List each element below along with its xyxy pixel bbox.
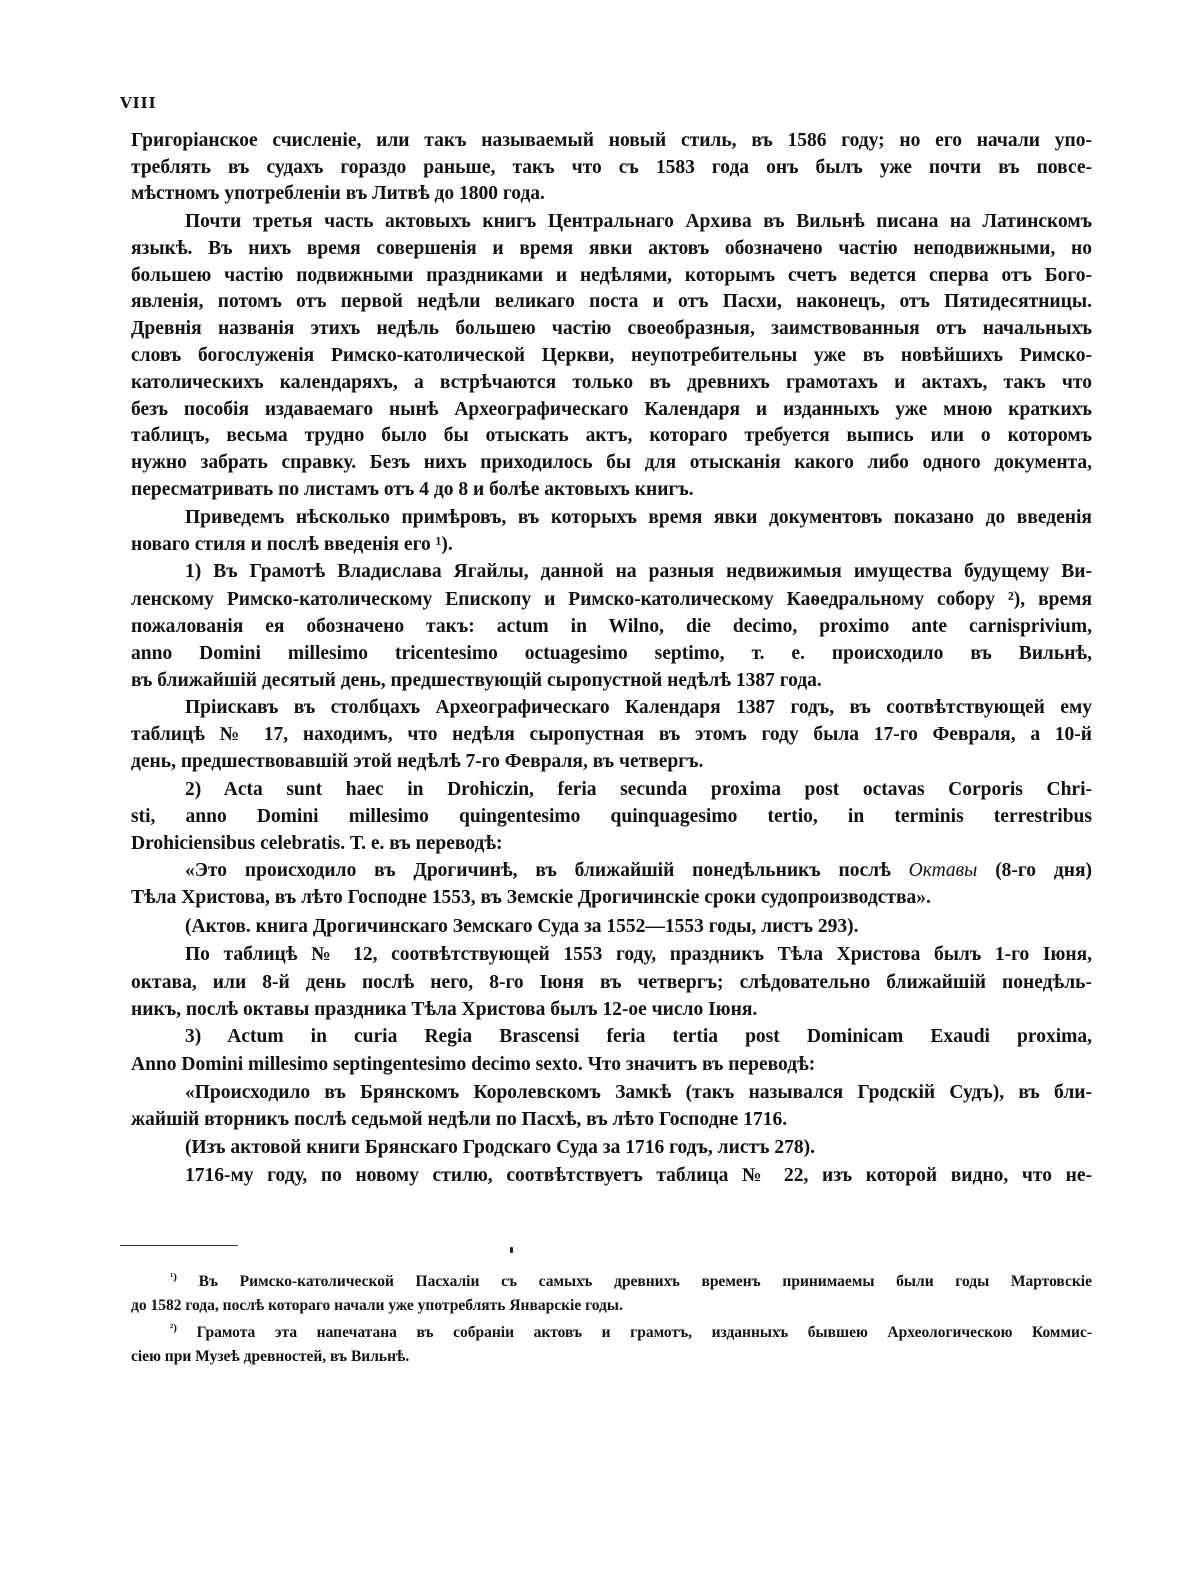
text-line: день, предшествовавшій этой недѣлѣ 7-го …: [131, 749, 1092, 775]
text-line: мѣстномъ употребленіи въ Литвѣ до 1800 г…: [131, 181, 1092, 207]
text-line: таблицѣ № 17, находимъ, что недѣля сыроп…: [131, 722, 1092, 748]
text-line: пересматривать по листамъ отъ 4 до 8 и б…: [131, 477, 1092, 503]
footnote-2: ²) Грамота эта напечатана въ собраніи ак…: [170, 1322, 1092, 1344]
latin-text-line: 2) Acta sunt haec in Drohiczin, feria se…: [185, 777, 1092, 803]
text-line: треблять въ судахъ гораздо раньше, такъ …: [131, 155, 1092, 181]
text-line: таблицъ, весьма трудно было бы отыскать …: [131, 423, 1092, 449]
italic-word: Октавы: [909, 860, 978, 881]
text-line: католическихъ календаряхъ, а встрѣчаются…: [131, 370, 1092, 396]
latin-text-line: 3) Actum in curia Regia Brascensi feria …: [185, 1024, 1092, 1050]
book-page: VIII Григоріанское счисленіе, или такъ н…: [0, 0, 1191, 1588]
ink-speck: [510, 1247, 513, 1253]
text-line: По таблицѣ № 12, соотвѣтствующей 1553 го…: [185, 942, 1092, 968]
latin-text-line: sti, anno Domini millesimo quingentesimo…: [131, 804, 1092, 830]
text-line: безъ пособія издаваемаго нынѣ Археографи…: [131, 397, 1092, 423]
quote-line: жайшій вторникъ послѣ седьмой недѣли по …: [131, 1107, 1092, 1133]
citation-line: (Актов. книга Дрогичинскаго Земскаго Суд…: [185, 914, 1092, 940]
quote-line: «Это происходило въ Дрогичинѣ, въ ближай…: [185, 858, 1092, 884]
text-line: Пріискавъ въ столбцахъ Археографическаго…: [185, 695, 1092, 721]
text-line: 1716-му году, по новому стилю, соотвѣтст…: [185, 1163, 1092, 1189]
text-line: нужно забрать справку. Безъ нихъ приходи…: [131, 450, 1092, 476]
quote-after: (8-го дня): [995, 860, 1092, 881]
text-line: 1) Въ Грамотѣ Владислава Ягайлы, данной …: [185, 559, 1092, 585]
footnote-mark: ¹): [170, 1271, 177, 1283]
text-line: пожалованія ея обозначено такъ: actum in…: [131, 614, 1092, 640]
quote-line: «Происходило въ Брянскомъ Королевскомъ З…: [185, 1080, 1092, 1106]
text-line: языкѣ. Въ нихъ время совершенія и время …: [131, 236, 1092, 262]
quote-before: «Это происходило въ Дрогичинѣ, въ ближай…: [185, 860, 891, 881]
quote-line: Тѣла Христова, въ лѣто Господне 1553, въ…: [131, 885, 1092, 911]
text-line: октава, или 8-й день послѣ него, 8-го Ію…: [131, 970, 1092, 996]
text-line: явленія, потомъ отъ первой недѣли велика…: [131, 289, 1092, 315]
footnote-text: Въ Римско-католической Пасхаліи съ самых…: [199, 1273, 1092, 1290]
text-line: никъ, послѣ октавы праздника Тѣла Христо…: [131, 997, 1092, 1023]
footnote-1: ¹) Въ Римско-католической Пасхаліи съ са…: [170, 1271, 1092, 1293]
page-number: VIII: [120, 94, 157, 112]
text-line: Приведемъ нѣсколько примѣровъ, въ которы…: [185, 505, 1092, 531]
footnote-1-cont: до 1582 года, послѣ котораго начали уже …: [131, 1295, 1092, 1317]
footnote-text: Грамота эта напечатана въ собраніи актов…: [197, 1324, 1092, 1341]
text-line: ленскому Римско-католическому Епископу и…: [131, 587, 1092, 613]
text-line: anno Domini millesimo tricentesimo octua…: [131, 641, 1092, 667]
text-line: большею частію подвижными праздниками и …: [131, 263, 1092, 289]
text-line: новаго стиля и послѣ введенія его ¹).: [131, 532, 1092, 558]
text-line: словъ богослуженія Римско-католической Ц…: [131, 343, 1092, 369]
citation-line: (Изъ актовой книги Брянскаго Гродскаго С…: [185, 1135, 1092, 1161]
text-line: Григоріанское счисленіе, или такъ называ…: [131, 128, 1092, 154]
latin-text-line: Anno Domini millesimo septingentesimo de…: [131, 1052, 1092, 1078]
footnote-mark: ²): [170, 1322, 177, 1334]
latin-text-line: Drohiciensibus celebratis. Т. е. въ пере…: [131, 831, 1092, 857]
text-line: Древнія названія этихъ недѣль большею ча…: [131, 316, 1092, 342]
text-line: Почти третья часть актовыхъ книгъ Центра…: [185, 209, 1092, 235]
text-line: въ ближайшій десятый день, предшествующі…: [131, 668, 1092, 694]
footnote-2-cont: сіею при Музеѣ древностей, въ Вильнѣ.: [131, 1346, 1092, 1368]
footnote-rule: [120, 1245, 238, 1246]
